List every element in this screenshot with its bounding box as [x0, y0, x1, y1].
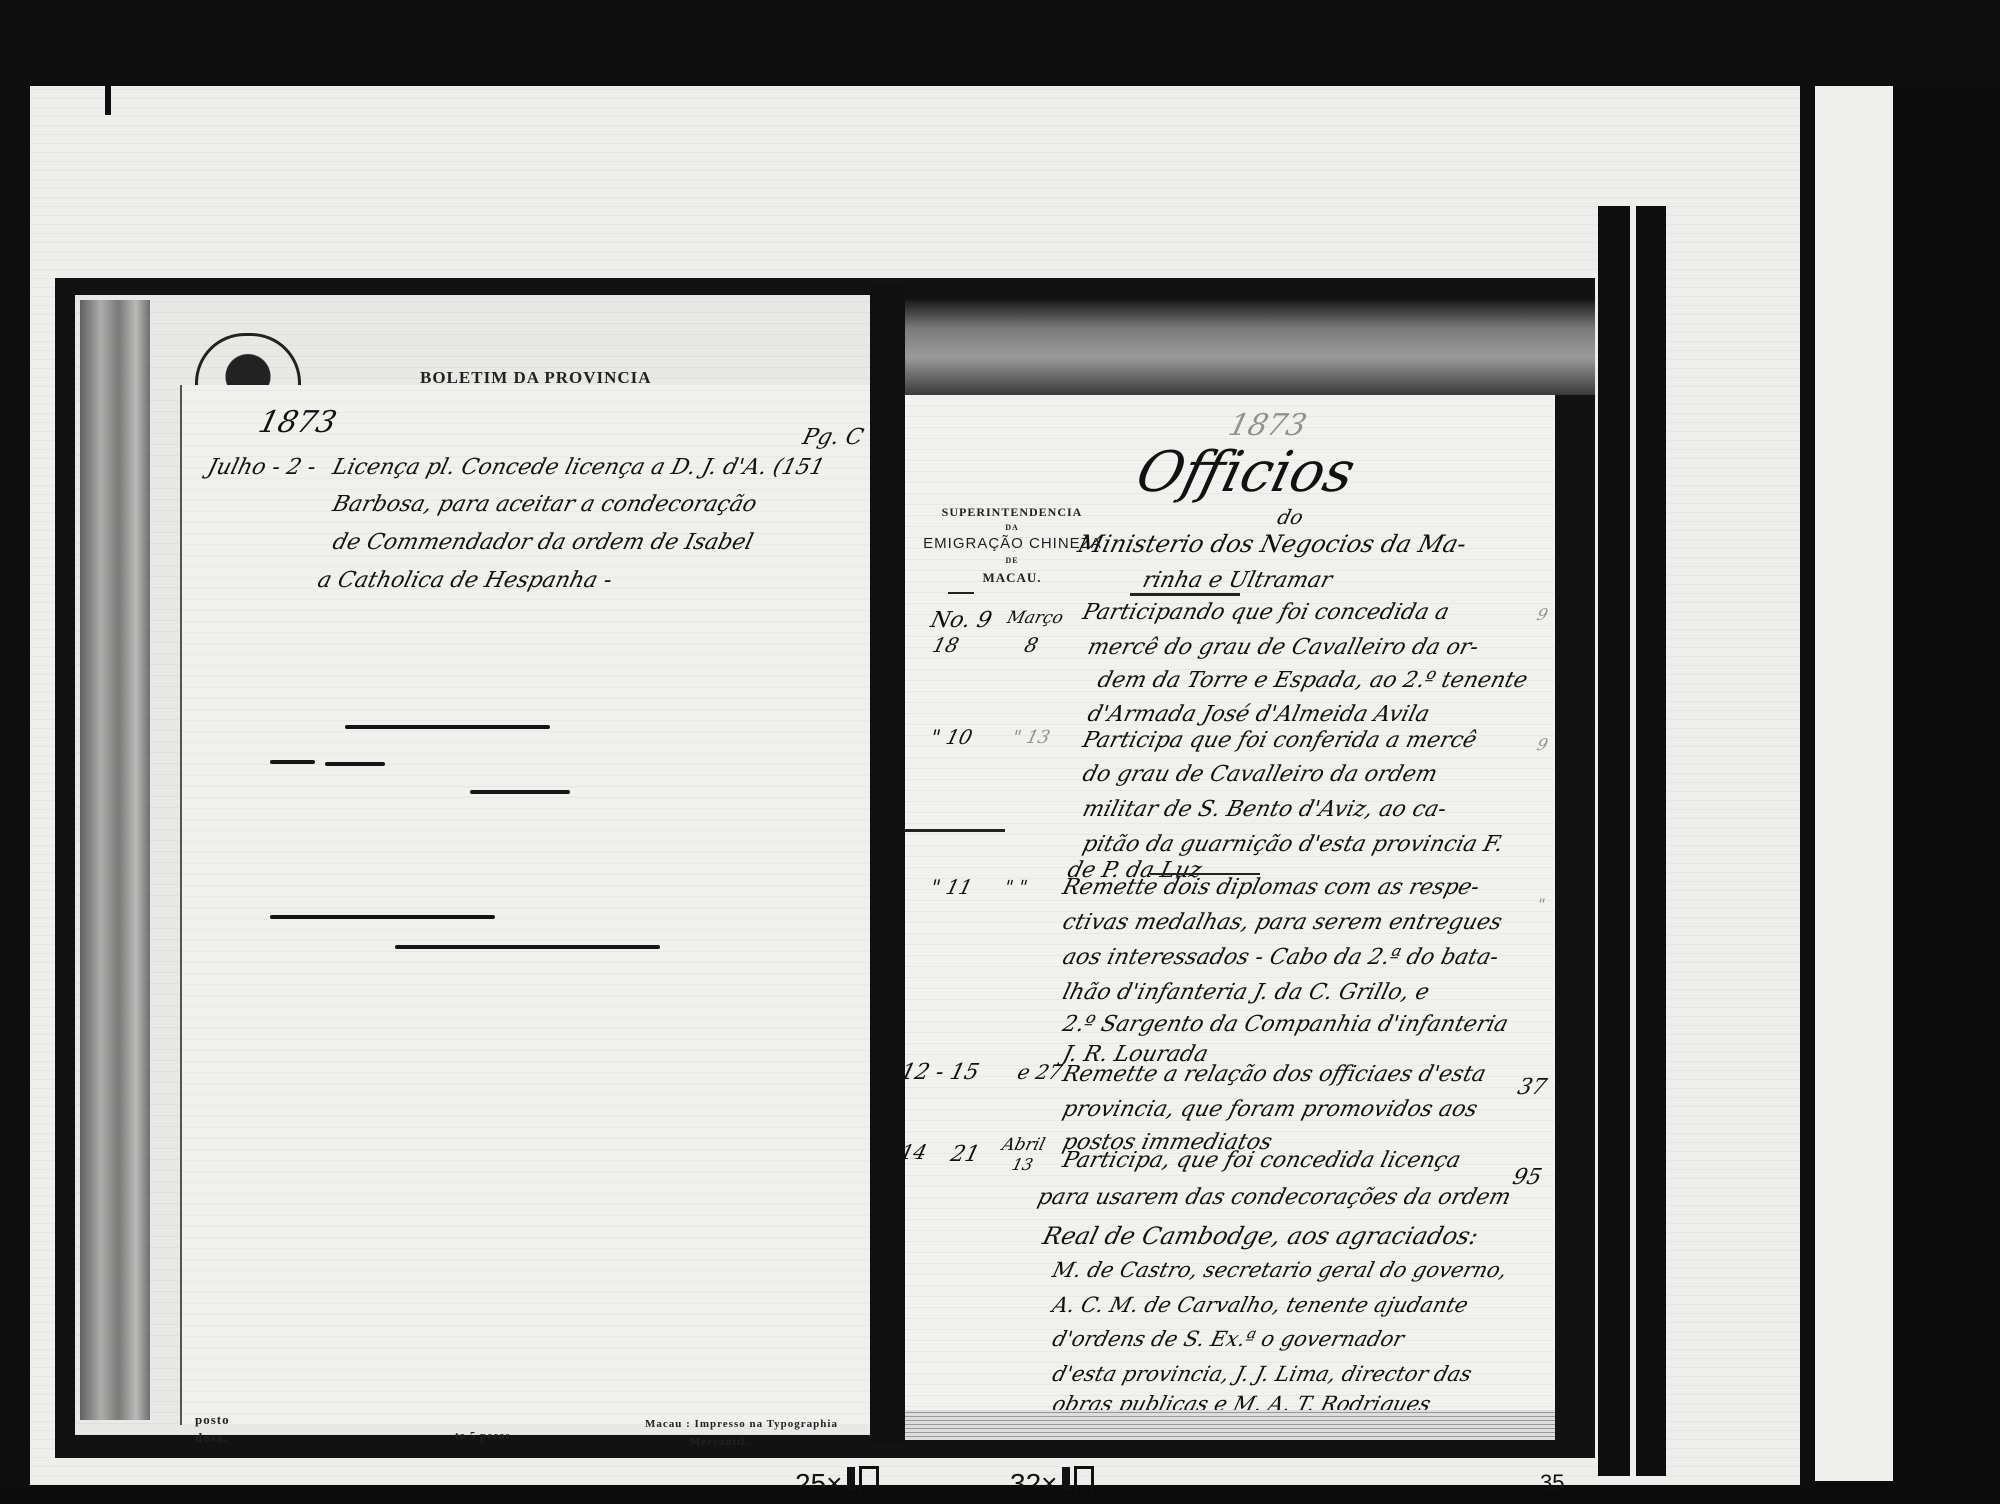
entry-text: militar de S. Bento d'Aviz, ao ca- — [1080, 797, 1449, 822]
entry-number: 12 - 15 — [898, 1060, 982, 1085]
entry-month: Abril — [1000, 1135, 1047, 1155]
film-tick — [105, 80, 111, 115]
entry-month-day: " 13 — [1010, 727, 1052, 748]
entry-text: d'esta provincia, J. J. Lima, director d… — [1050, 1362, 1474, 1386]
entry-text: provincia, que foram promovidos aos — [1060, 1097, 1480, 1122]
entry-text: mercê do grau de Cavalleiro da or- — [1085, 635, 1481, 660]
letterhead-line: MACAU. — [912, 570, 1112, 586]
right-page-top-shadow — [905, 300, 1595, 395]
book-gutter — [870, 285, 905, 1445]
film-edge-strip — [1815, 86, 1893, 1481]
film-border-right — [1893, 0, 2000, 1504]
film-border-top — [0, 0, 2000, 86]
entry-text: Participa, que foi concedida licença — [1060, 1148, 1463, 1173]
left-entry-line: a Catholica de Hespanha - — [315, 568, 615, 593]
left-page-edge — [80, 300, 150, 1420]
ministry-underline — [1130, 593, 1240, 596]
entry-number: " 10 — [928, 725, 975, 749]
film-border-left — [0, 0, 30, 1504]
page-title: Officios — [1130, 440, 1361, 505]
entry-text: Participa que foi conferida a mercê — [1080, 728, 1479, 753]
left-entry-line: Licença pl. Concede licença a D. J. d'A.… — [330, 455, 827, 480]
entry-text: Remette dois diplomas com as respe- — [1060, 875, 1482, 900]
entry-text: ctivas medalhas, para serem entregues — [1060, 910, 1505, 935]
entry-text: d'ordens de S. Ex.ª o governador — [1050, 1327, 1407, 1351]
footer-print: Macau : Impresso na Typographia — [645, 1418, 838, 1430]
footer-print: dosa. — [195, 1430, 229, 1446]
footer-print: Mercantil. — [690, 1436, 749, 1448]
entry-text: d'Armada José d'Almeida Avila — [1085, 702, 1432, 727]
film-border-bottom — [0, 1490, 2000, 1504]
entry-text: para usarem das condecorações da ordem — [1035, 1185, 1513, 1210]
ministry-line: rinha e Ultramar — [1140, 568, 1335, 593]
left-entry-date: Julho - 2 - — [205, 455, 319, 480]
clip-gap — [1630, 206, 1636, 1476]
letterhead-rule — [948, 592, 974, 594]
letterhead-line: SUPERINTENDENCIA — [912, 505, 1112, 520]
bleed-through-stroke — [270, 915, 495, 919]
entry-month-day: e 27 — [1015, 1060, 1065, 1084]
entry-text: pitão da guarnição d'esta provincia F. — [1080, 832, 1506, 857]
left-entry-line: de Commendador da ordem de Isabel — [330, 530, 756, 555]
bleed-through-stroke — [325, 762, 385, 766]
entry-number: No. 9 — [928, 608, 994, 633]
bleed-through-stroke — [345, 725, 550, 729]
entry-month: Março — [1005, 608, 1065, 628]
entry-text: Participando que foi concedida a — [1080, 600, 1452, 625]
entry-text: A. C. M. de Carvalho, tenente ajudante — [1050, 1293, 1471, 1317]
entry-text: dem da Torre e Espada, ao 2.º tenente — [1095, 668, 1530, 693]
footer-print: to 5 peças. — [455, 1430, 515, 1442]
bleed-through-stroke — [270, 760, 315, 764]
clip-bar-1 — [1598, 206, 1630, 1476]
bleed-through-stroke — [395, 945, 660, 949]
entry-text: do grau de Cavalleiro da ordem — [1080, 762, 1440, 787]
entry-text: Real de Cambodge, aos agraciados: — [1040, 1222, 1481, 1250]
bleed-through-stroke — [470, 790, 570, 794]
entry-text: 2.º Sargento da Companhia d'infanteria — [1060, 1012, 1511, 1037]
left-entry-line: Barbosa, para aceitar a condecoração — [330, 492, 759, 517]
entry-text: M. de Castro, secretario geral do govern… — [1050, 1258, 1510, 1282]
page-stack-edge — [905, 1410, 1555, 1440]
left-year: 1873 — [255, 405, 340, 440]
entry-separator — [905, 829, 1005, 832]
entry-number: " 11 — [928, 875, 975, 899]
entry-text: aos interessados - Cabo da 2.ª do bata- — [1060, 945, 1501, 970]
entry-text: Remette a relação dos officiaes d'esta — [1060, 1062, 1489, 1087]
film-divider — [1800, 86, 1815, 1486]
clip-bar-2 — [1636, 206, 1666, 1476]
right-year: 1873 — [1225, 408, 1310, 443]
ministry-line: Ministerio dos Negocios da Ma- — [1075, 530, 1469, 558]
footer-print: posto — [195, 1412, 230, 1428]
entry-text: lhão d'infanteria J. da C. Grillo, e — [1060, 980, 1432, 1005]
left-margin-note: Pg. C — [800, 425, 866, 450]
